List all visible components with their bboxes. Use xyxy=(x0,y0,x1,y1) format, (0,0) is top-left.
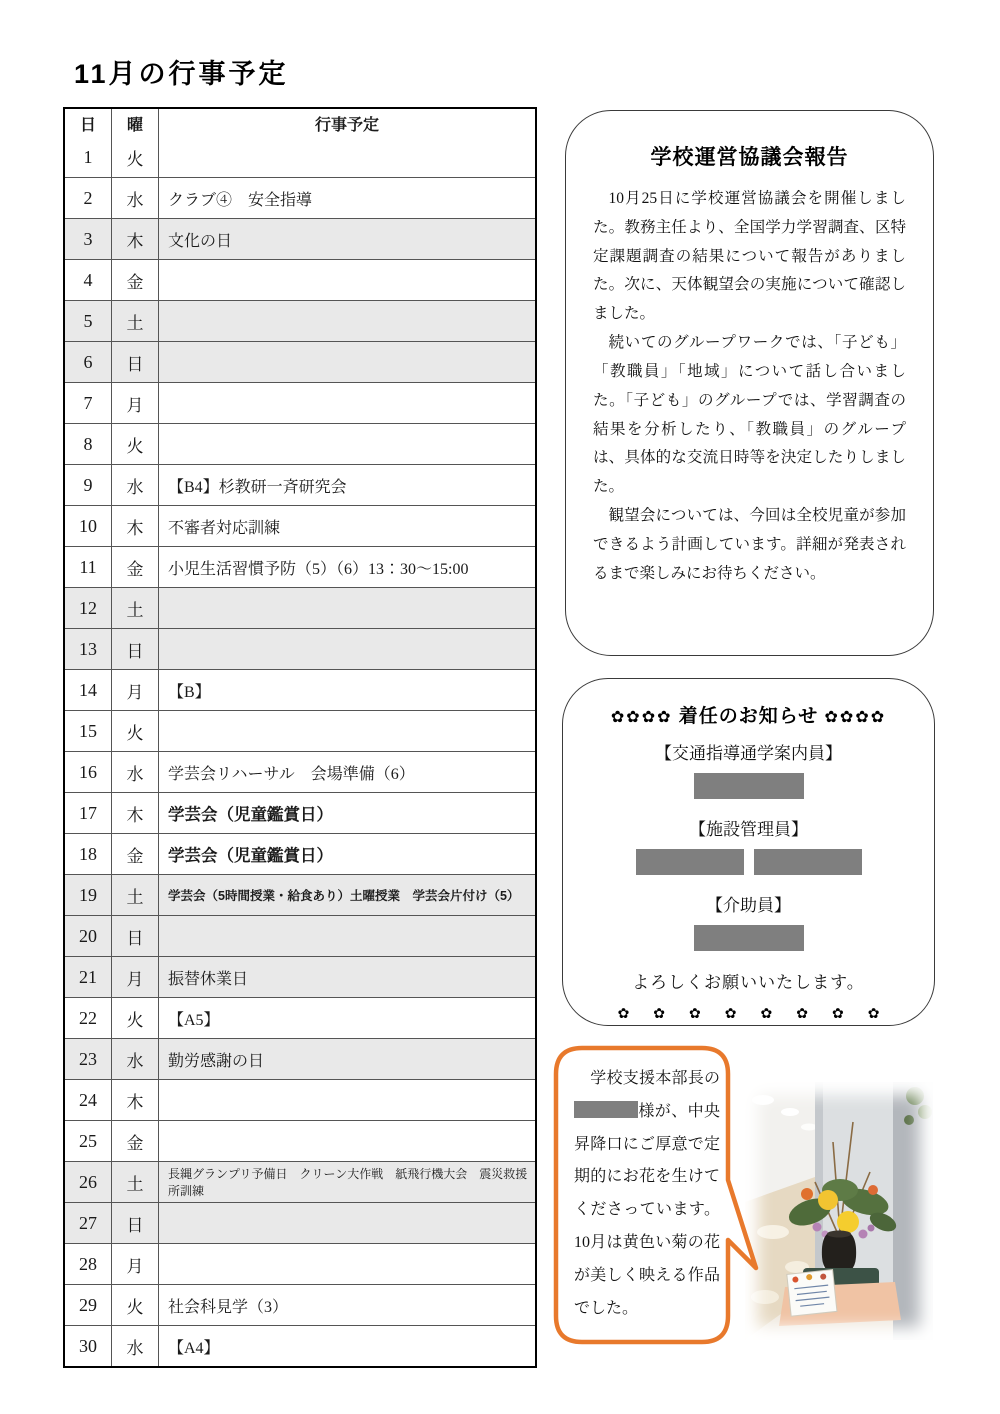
arrival-notice-title: ✿✿✿✿ 着任のお知らせ ✿✿✿✿ xyxy=(563,701,934,728)
header-day: 日 xyxy=(65,109,111,137)
day-cell: 8 xyxy=(65,424,111,464)
weekday-cell: 火 xyxy=(111,424,158,464)
day-cell: 10 xyxy=(65,506,111,546)
council-report-box: 学校運営協議会報告 10月25日に学校運営協議会を開催しました。教務主任より、全… xyxy=(565,110,934,656)
redacted-name xyxy=(574,1101,638,1118)
report-paragraph: 観望会については、今回は全校児童が参加できるよう計画しています。詳細が発表される… xyxy=(593,502,906,588)
weekday-cell: 月 xyxy=(111,383,158,423)
arrival-notice-title-text: 着任のお知らせ xyxy=(679,706,818,727)
event-cell xyxy=(158,1121,535,1161)
table-row: 10木不審者対応訓練 xyxy=(65,505,535,546)
table-row: 13日 xyxy=(65,628,535,669)
header-weekday: 曜 xyxy=(111,109,158,137)
event-cell xyxy=(158,383,535,423)
event-cell: 小児生活習慣予防（5）（6）13：30～15:00 xyxy=(158,547,535,587)
weekday-cell: 木 xyxy=(111,219,158,259)
table-row: 19土学芸会（5時間授業・給食あり）土曜授業 学芸会片付け（5） xyxy=(65,874,535,915)
weekday-cell: 火 xyxy=(111,137,158,177)
day-cell: 6 xyxy=(65,342,111,382)
table-row: 23水勤労感謝の日 xyxy=(65,1038,535,1079)
table-row: 27日 xyxy=(65,1202,535,1243)
weekday-cell: 土 xyxy=(111,588,158,628)
weekday-cell: 月 xyxy=(111,670,158,710)
weekday-cell: 水 xyxy=(111,465,158,505)
event-cell: 【A4】 xyxy=(158,1326,535,1366)
event-cell xyxy=(158,424,535,464)
redacted-name xyxy=(694,925,804,951)
day-cell: 1 xyxy=(65,137,111,177)
day-cell: 21 xyxy=(65,957,111,997)
table-row: 22火【A5】 xyxy=(65,997,535,1038)
table-row: 30水【A4】 xyxy=(65,1325,535,1366)
event-cell xyxy=(158,137,535,177)
event-cell: 文化の日 xyxy=(158,219,535,259)
event-cell: 勤労感謝の日 xyxy=(158,1039,535,1079)
day-cell: 29 xyxy=(65,1285,111,1325)
photo-illustration xyxy=(745,1082,933,1340)
weekday-cell: 月 xyxy=(111,1244,158,1284)
event-cell: 学芸会（児童鑑賞日） xyxy=(158,793,535,833)
table-row: 5土 xyxy=(65,300,535,341)
table-row: 9水【B4】杉教研一斉研究会 xyxy=(65,464,535,505)
day-cell: 14 xyxy=(65,670,111,710)
weekday-cell: 日 xyxy=(111,629,158,669)
event-cell xyxy=(158,629,535,669)
page-title: 11月の行事予定 xyxy=(74,52,289,91)
event-cell: 【B】 xyxy=(158,670,535,710)
day-cell: 13 xyxy=(65,629,111,669)
event-cell xyxy=(158,1203,535,1243)
table-header-row: 日 曜 行事予定 xyxy=(65,109,535,137)
day-cell: 9 xyxy=(65,465,111,505)
bubble-text-after: 様が、中央昇降口にご厚意で定期的にお花を生けてくださっています。10月は黄色い菊… xyxy=(574,1103,720,1317)
day-cell: 15 xyxy=(65,711,111,751)
weekday-cell: 火 xyxy=(111,711,158,751)
day-cell: 28 xyxy=(65,1244,111,1284)
table-row: 29火社会科見学（3） xyxy=(65,1284,535,1325)
weekday-cell: 金 xyxy=(111,260,158,300)
table-row: 3木文化の日 xyxy=(65,218,535,259)
weekday-cell: 日 xyxy=(111,916,158,956)
table-row: 2水クラブ④ 安全指導 xyxy=(65,177,535,218)
weekday-cell: 水 xyxy=(111,1039,158,1079)
day-cell: 18 xyxy=(65,834,111,874)
report-paragraph: 10月25日に学校運営協議会を開催しました。教務主任より、全国学力学習調査、区特… xyxy=(593,185,906,329)
schedule-table: 日 曜 行事予定 1火2水クラブ④ 安全指導3木文化の日4金5土6日7月8火9水… xyxy=(63,107,537,1368)
day-cell: 11 xyxy=(65,547,111,587)
redacted-name-row xyxy=(563,916,934,956)
weekday-cell: 日 xyxy=(111,342,158,382)
flower-icons: ✿✿✿✿ xyxy=(825,709,887,726)
weekday-cell: 日 xyxy=(111,1203,158,1243)
day-cell: 5 xyxy=(65,301,111,341)
flower-arrangement-photo xyxy=(745,1082,933,1340)
redacted-name-row xyxy=(563,764,934,804)
table-row: 1火 xyxy=(65,137,535,177)
redacted-name xyxy=(636,849,744,875)
table-row: 15火 xyxy=(65,710,535,751)
day-cell: 24 xyxy=(65,1080,111,1120)
table-row: 4金 xyxy=(65,259,535,300)
event-cell: 社会科見学（3） xyxy=(158,1285,535,1325)
event-cell: 学芸会（児童鑑賞日） xyxy=(158,834,535,874)
table-row: 24木 xyxy=(65,1079,535,1120)
table-row: 16水学芸会リハーサル 会場準備（6） xyxy=(65,751,535,792)
event-cell xyxy=(158,260,535,300)
day-cell: 3 xyxy=(65,219,111,259)
arrival-notice-closing: よろしくお願いいたします。 xyxy=(563,968,934,993)
table-row: 8火 xyxy=(65,423,535,464)
redacted-name xyxy=(694,773,804,799)
label-assistant: 【介助員】 xyxy=(563,891,934,916)
table-row: 21月振替休業日 xyxy=(65,956,535,997)
day-cell: 26 xyxy=(65,1162,111,1202)
day-cell: 23 xyxy=(65,1039,111,1079)
redacted-name-row xyxy=(563,840,934,880)
arrival-notice-box: ✿✿✿✿ 着任のお知らせ ✿✿✿✿ 【交通指導通学案内員】 【施設管理員】 【介… xyxy=(562,678,935,1026)
event-cell: 【A5】 xyxy=(158,998,535,1038)
label-traffic-guide: 【交通指導通学案内員】 xyxy=(563,739,934,764)
day-cell: 7 xyxy=(65,383,111,423)
weekday-cell: 水 xyxy=(111,178,158,218)
day-cell: 30 xyxy=(65,1326,111,1366)
header-events: 行事予定 xyxy=(158,109,535,137)
day-cell: 22 xyxy=(65,998,111,1038)
table-row: 14月【B】 xyxy=(65,669,535,710)
speech-bubble-text: 学校支援本部長の様が、中央昇降口にご厚意で定期的にお花を生けてくださっています。… xyxy=(574,1063,720,1325)
weekday-cell: 土 xyxy=(111,1162,158,1202)
day-cell: 16 xyxy=(65,752,111,792)
event-cell: クラブ④ 安全指導 xyxy=(158,178,535,218)
table-row: 18金学芸会（児童鑑賞日） xyxy=(65,833,535,874)
weekday-cell: 水 xyxy=(111,1326,158,1366)
flower-icons: ✿✿✿✿ xyxy=(611,709,673,726)
weekday-cell: 火 xyxy=(111,998,158,1038)
weekday-cell: 土 xyxy=(111,875,158,915)
table-row: 20日 xyxy=(65,915,535,956)
table-row: 26土長縄グランプリ予備日 クリーン大作戦 紙飛行機大会 震災救援所訓練 xyxy=(65,1161,535,1202)
table-row: 28月 xyxy=(65,1243,535,1284)
table-row: 17木学芸会（児童鑑賞日） xyxy=(65,792,535,833)
day-cell: 17 xyxy=(65,793,111,833)
weekday-cell: 木 xyxy=(111,506,158,546)
bubble-text-before: 学校支援本部長の xyxy=(590,1070,720,1087)
weekday-cell: 木 xyxy=(111,1080,158,1120)
weekday-cell: 月 xyxy=(111,957,158,997)
day-cell: 12 xyxy=(65,588,111,628)
event-cell xyxy=(158,1080,535,1120)
event-cell: 不審者対応訓練 xyxy=(158,506,535,546)
newsletter-page: { "page": { "title": "11月の行事予定" }, "tabl… xyxy=(0,0,1000,1414)
event-cell: 学芸会（5時間授業・給食あり）土曜授業 学芸会片付け（5） xyxy=(158,875,535,915)
flower-icons-row: ✿✿✿✿✿✿✿✿ xyxy=(563,1006,934,1023)
redacted-name xyxy=(754,849,862,875)
day-cell: 19 xyxy=(65,875,111,915)
event-cell: 【B4】杉教研一斉研究会 xyxy=(158,465,535,505)
event-cell xyxy=(158,342,535,382)
council-report-title: 学校運営協議会報告 xyxy=(593,141,906,171)
weekday-cell: 金 xyxy=(111,547,158,587)
event-cell xyxy=(158,1244,535,1284)
event-cell: 振替休業日 xyxy=(158,957,535,997)
schedule-table-body: 1火2水クラブ④ 安全指導3木文化の日4金5土6日7月8火9水【B4】杉教研一斉… xyxy=(65,137,535,1366)
table-row: 6日 xyxy=(65,341,535,382)
event-cell xyxy=(158,301,535,341)
table-row: 7月 xyxy=(65,382,535,423)
event-cell: 長縄グランプリ予備日 クリーン大作戦 紙飛行機大会 震災救援所訓練 xyxy=(158,1162,535,1202)
weekday-cell: 水 xyxy=(111,752,158,792)
weekday-cell: 土 xyxy=(111,301,158,341)
weekday-cell: 金 xyxy=(111,834,158,874)
weekday-cell: 木 xyxy=(111,793,158,833)
weekday-cell: 火 xyxy=(111,1285,158,1325)
day-cell: 4 xyxy=(65,260,111,300)
event-cell xyxy=(158,916,535,956)
report-paragraph: 続いてのグループワークでは、「子ども」「教職員」「地域」について話し合いました。… xyxy=(593,329,906,502)
day-cell: 2 xyxy=(65,178,111,218)
day-cell: 27 xyxy=(65,1203,111,1243)
event-cell: 学芸会リハーサル 会場準備（6） xyxy=(158,752,535,792)
table-row: 12土 xyxy=(65,587,535,628)
label-facility-manager: 【施設管理員】 xyxy=(563,815,934,840)
event-cell xyxy=(158,711,535,751)
table-row: 25金 xyxy=(65,1120,535,1161)
event-cell xyxy=(158,588,535,628)
day-cell: 25 xyxy=(65,1121,111,1161)
table-row: 11金小児生活習慣予防（5）（6）13：30～15:00 xyxy=(65,546,535,587)
day-cell: 20 xyxy=(65,916,111,956)
weekday-cell: 金 xyxy=(111,1121,158,1161)
